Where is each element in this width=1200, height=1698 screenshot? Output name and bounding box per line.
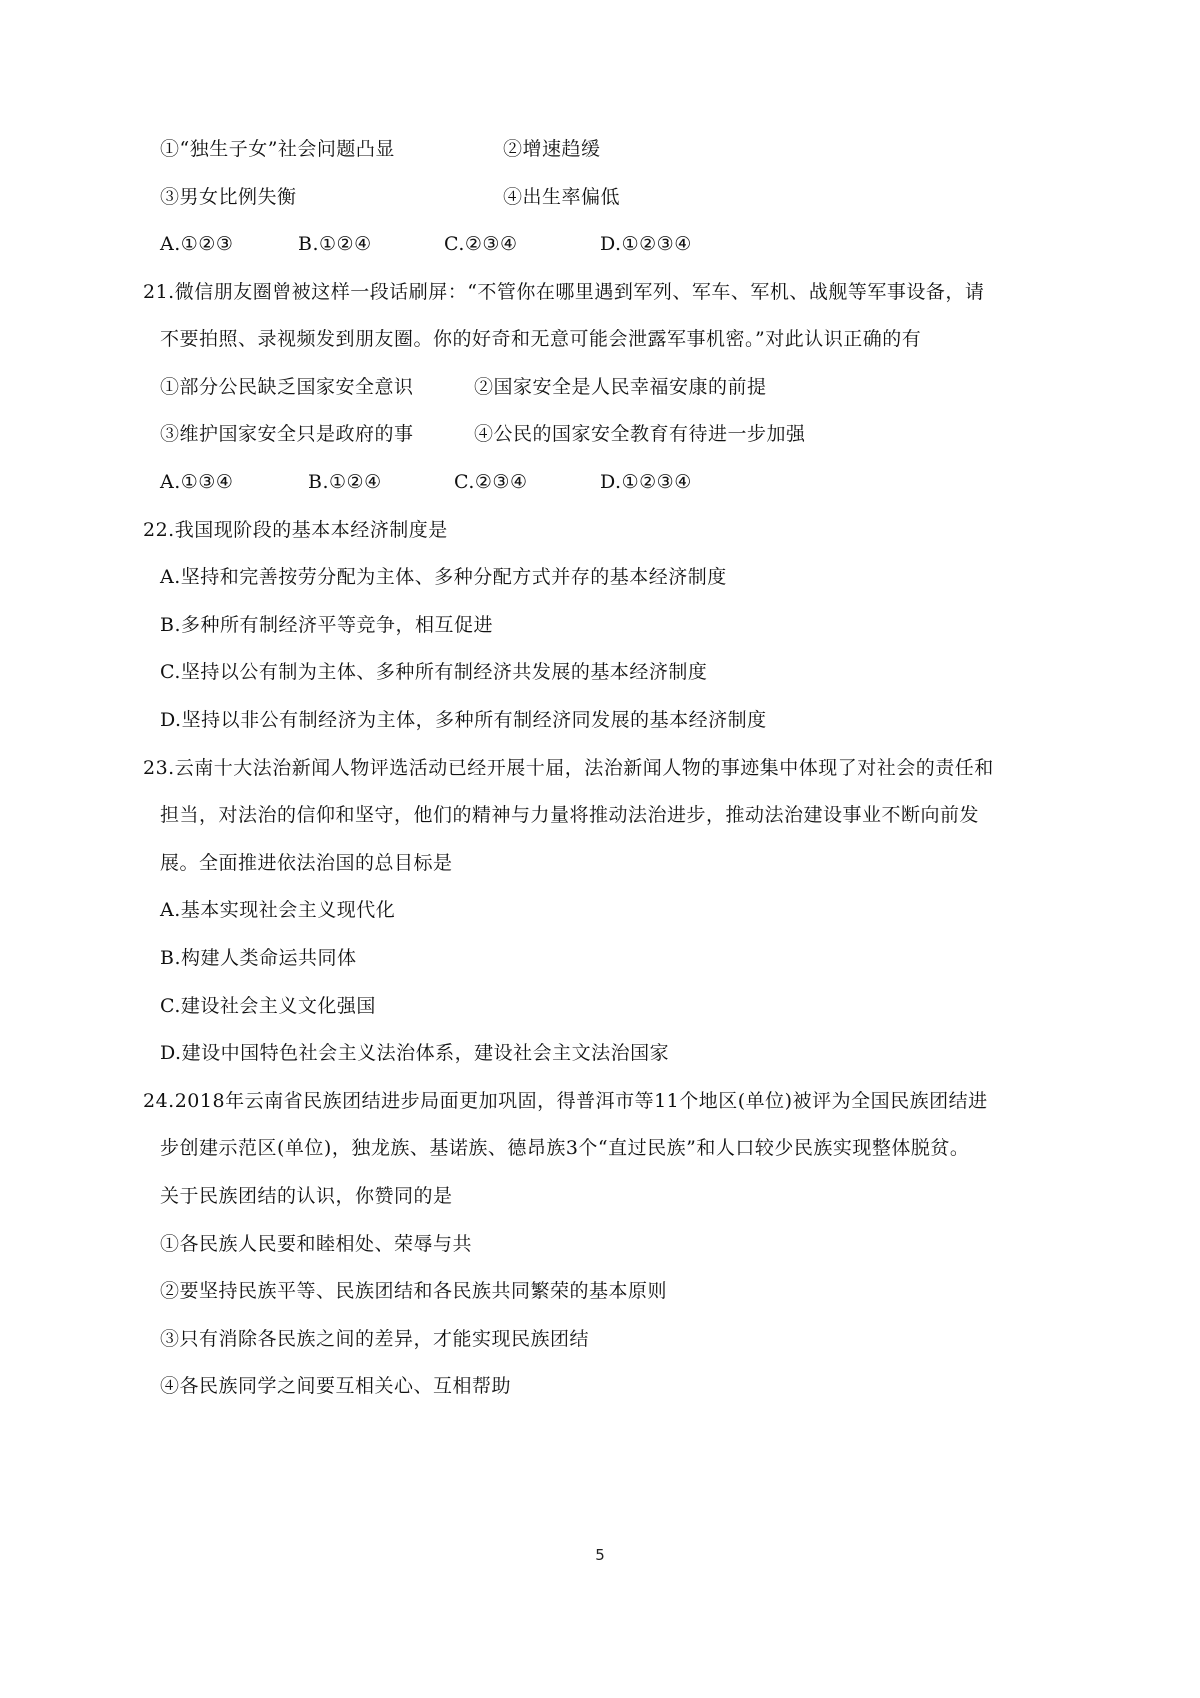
statement-4: ④出生率偏低 bbox=[503, 184, 620, 210]
option-d: D.①②③④ bbox=[600, 469, 692, 495]
statement-3: ③只有消除各民族之间的差异，才能实现民族团结 bbox=[160, 1326, 589, 1352]
statement-2: ②国家安全是人民幸福安康的前提 bbox=[474, 374, 767, 400]
question-stem-line-3: 展。全面推进依法治国的总目标是 bbox=[160, 850, 453, 876]
question-stem: 22.我国现阶段的基本本经济制度是 bbox=[143, 517, 448, 543]
option-c: C.②③④ bbox=[444, 231, 518, 257]
option-a: A.①③④ bbox=[160, 469, 233, 495]
option-b: B.①②④ bbox=[308, 469, 382, 495]
option-d: D.①②③④ bbox=[600, 231, 692, 257]
question-stem-line-3: 关于民族团结的认识，你赞同的是 bbox=[160, 1183, 453, 1209]
statement-2: ②增速趋缓 bbox=[503, 136, 601, 162]
page-number: 5 bbox=[0, 1546, 1200, 1564]
statement-1: ①“独生子女”社会问题凸显 bbox=[160, 136, 395, 162]
option-a: A.①②③ bbox=[160, 231, 233, 257]
option-a: A.基本实现社会主义现代化 bbox=[160, 897, 395, 923]
question-stem-line-2: 不要拍照、录视频发到朋友圈。你的好奇和无意可能会泄露军事机密。”对此认识正确的有 bbox=[160, 326, 921, 352]
statement-4: ④各民族同学之间要互相关心、互相帮助 bbox=[160, 1373, 511, 1399]
option-c: C.建设社会主义文化强国 bbox=[160, 993, 376, 1019]
statement-2: ②要坚持民族平等、民族团结和各民族共同繁荣的基本原则 bbox=[160, 1278, 667, 1304]
option-d: D.坚持以非公有制经济为主体，多种所有制经济同发展的基本经济制度 bbox=[160, 707, 767, 733]
question-stem-line-1: 24.2018年云南省民族团结进步局面更加巩固，得普洱市等11个地区(单位)被评… bbox=[143, 1088, 988, 1114]
option-b: B.构建人类命运共同体 bbox=[160, 945, 357, 971]
option-b: B.①②④ bbox=[298, 231, 372, 257]
option-d: D.建设中国特色社会主义法治体系，建设社会主文法治国家 bbox=[160, 1040, 669, 1066]
question-stem-line-2: 担当，对法治的信仰和坚守，他们的精神与力量将推动法治进步，推动法治建设事业不断向… bbox=[160, 802, 979, 828]
statement-3: ③男女比例失衡 bbox=[160, 184, 297, 210]
option-c: C.坚持以公有制为主体、多种所有制经济共发展的基本经济制度 bbox=[160, 659, 707, 685]
option-a: A.坚持和完善按劳分配为主体、多种分配方式并存的基本经济制度 bbox=[160, 564, 727, 590]
statement-1: ①部分公民缺乏国家安全意识 bbox=[160, 374, 414, 400]
question-stem-line-2: 步创建示范区(单位)，独龙族、基诺族、德昂族3个“直过民族”和人口较少民族实现整… bbox=[160, 1135, 969, 1161]
statement-4: ④公民的国家安全教育有待进一步加强 bbox=[474, 421, 806, 447]
statement-3: ③维护国家安全只是政府的事 bbox=[160, 421, 414, 447]
option-c: C.②③④ bbox=[454, 469, 528, 495]
question-stem-line-1: 21.微信朋友圈曾被这样一段话刷屏：“不管你在哪里遇到军列、军车、军机、战舰等军… bbox=[143, 279, 984, 305]
question-stem-line-1: 23.云南十大法治新闻人物评选活动已经开展十届，法治新闻人物的事迹集中体现了对社… bbox=[143, 755, 994, 781]
option-b: B.多种所有制经济平等竞争，相互促进 bbox=[160, 612, 493, 638]
exam-page: ①“独生子女”社会问题凸显 ②增速趋缓 ③男女比例失衡 ④出生率偏低 A.①②③… bbox=[0, 0, 1200, 1698]
statement-1: ①各民族人民要和睦相处、荣辱与共 bbox=[160, 1231, 472, 1257]
